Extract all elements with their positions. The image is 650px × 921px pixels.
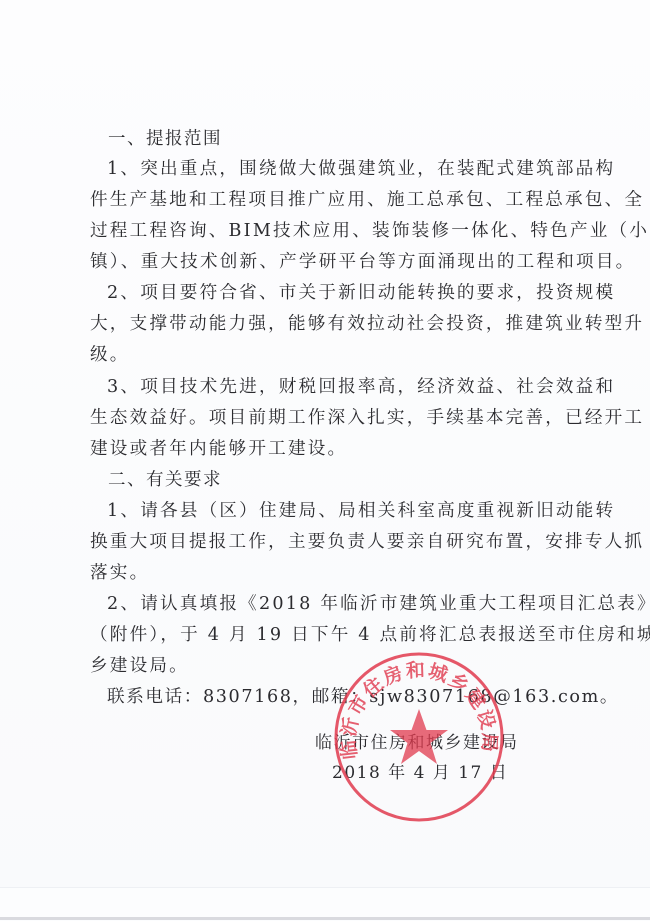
section-heading-requirements: 二、有关要求: [108, 469, 222, 491]
paragraph-line: 过程工程咨询、BIM技术应用、装饰装修一体化、特色产业（小: [90, 220, 649, 242]
paragraph-line: 2、项目要符合省、市关于新旧动能转换的要求，投资规模: [107, 282, 615, 304]
signature-date: 2018 年 4 月 17 日: [332, 762, 508, 784]
paragraph-line: 1、突出重点，围绕做大做强建筑业，在装配式建筑部品构: [107, 158, 615, 180]
scan-bottom-strip: [0, 887, 650, 921]
paragraph-line: 件生产基地和工程项目推广应用、施工总承包、工程总承包、全: [90, 189, 644, 211]
paragraph-line: 大，支撑带动能力强，能够有效拉动社会投资，推建筑业转型升: [90, 313, 644, 335]
paragraph-line: 乡建设局。: [90, 655, 189, 677]
document-page: 一、提报范围 1、突出重点，围绕做大做强建筑业，在装配式建筑部品构 件生产基地和…: [0, 0, 650, 921]
scan-bottom-edge: [0, 917, 650, 920]
paragraph-line: （附件），于 4 月 19 日下午 4 点前将汇总表报送至市住房和城: [90, 624, 650, 646]
paragraph-line: 生态效益好。项目前期工作深入扎实，手续基本完善，已经开工: [90, 407, 644, 429]
paragraph-line: 3、项目技术先进，财税回报率高，经济效益、社会效益和: [107, 376, 615, 398]
paragraph-line: 镇）、重大技术创新、产学研平台等方面涌现出的工程和项目。: [90, 251, 635, 273]
paragraph-line: 1、请各县（区）住建局、局相关科室高度重视新旧动能转: [107, 500, 615, 522]
contact-info: 联系电话：8307168，邮箱：sjw8307168@163.com。: [107, 686, 619, 708]
signature-org: 临沂市住房和城乡建设局: [315, 732, 519, 754]
paragraph-line: 换重大项目提报工作，主要负责人要亲自研究布置，安排专人抓: [90, 531, 644, 553]
paragraph-line: 建设或者年内能够开工建设。: [90, 438, 347, 460]
paragraph-line: 落实。: [90, 562, 149, 584]
paragraph-line: 级。: [90, 344, 130, 366]
section-heading-scope: 一、提报范围: [108, 128, 222, 150]
paragraph-line: 2、请认真填报《2018 年临沂市建筑业重大工程项目汇总表》: [107, 593, 650, 615]
